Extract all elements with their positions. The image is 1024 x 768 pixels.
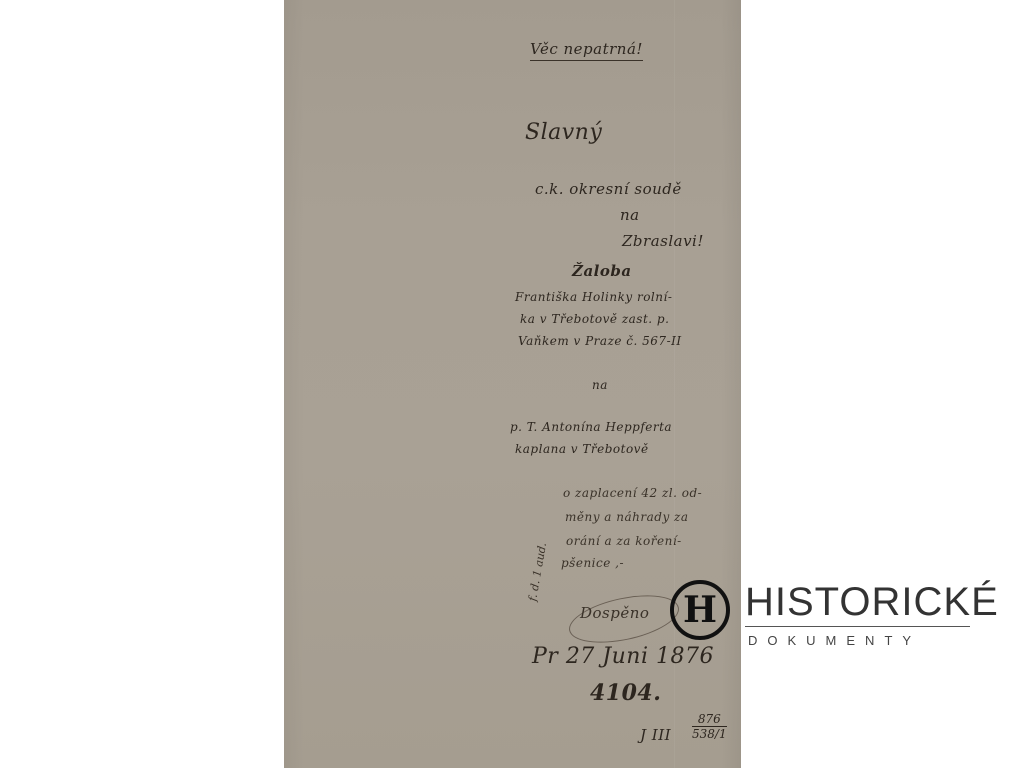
claim-line-4: pšenice ,-: [561, 556, 624, 570]
court-line-1: c.k. okresní soudě: [535, 180, 682, 198]
page: Věc nepatrná! Slavný c.k. okresní soudě …: [0, 0, 1024, 768]
stamp-word: Dospěno: [580, 604, 649, 622]
salutation: Slavný: [525, 120, 602, 145]
file-fraction: 876 538/1: [692, 712, 727, 741]
date-line: Pr 27 Juni 1876: [532, 644, 714, 669]
plaintiff-line-3: Vaňkem v Praze č. 567-II: [518, 334, 682, 348]
plaintiff-line-1: Františka Holinky rolní-: [515, 290, 672, 304]
logo-mark-icon: H: [670, 580, 730, 640]
court-line-3: Zbraslavi!: [622, 232, 704, 250]
file-numerator: 876: [692, 712, 727, 727]
logo-divider: [745, 626, 970, 627]
plaintiff-line-2: ka v Třebotově zast. p.: [520, 312, 669, 326]
file-denominator: 538/1: [692, 727, 727, 741]
logo-subtitle: DOKUMENTY: [748, 633, 921, 648]
logo-title: HISTORICKÉ: [745, 582, 999, 622]
claim-line-1: o zaplacení 42 zl. od-: [563, 486, 702, 500]
defendant-line-2: kaplana v Třebotově: [515, 442, 649, 456]
claim-line-2: měny a náhrady za: [565, 510, 689, 524]
court-line-2: na: [620, 206, 640, 224]
against-word: na: [592, 378, 608, 392]
file-prefix: J III: [640, 726, 671, 744]
claim-line-3: orání a za koření-: [566, 534, 682, 548]
header-note: Věc nepatrná!: [530, 40, 643, 61]
logo-mark-letter: H: [674, 590, 726, 630]
defendant-line-1: p. T. Antonína Heppferta: [510, 420, 672, 434]
document-title: Žaloba: [572, 262, 632, 280]
registry-number: 4104.: [590, 680, 661, 706]
